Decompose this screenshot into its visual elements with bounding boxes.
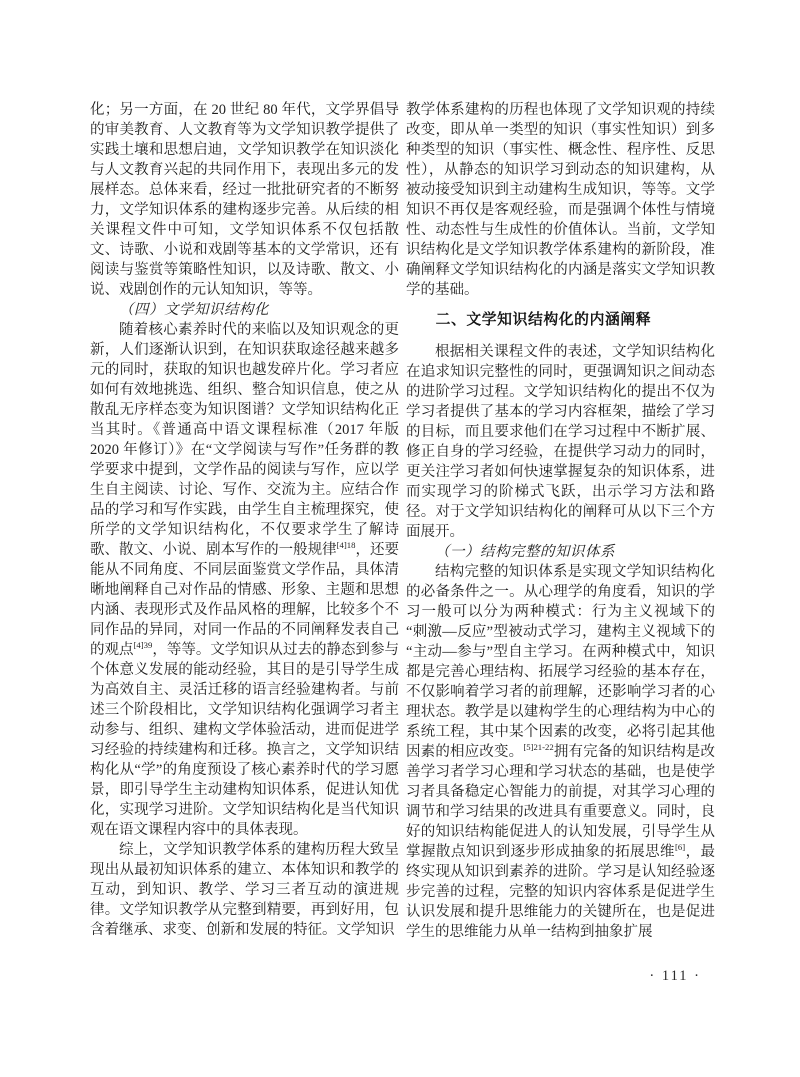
right-column: 教学体系建构的历程也体现了文学知识观的持续改变，即从单一类型的知识（事实性知识）… bbox=[406, 100, 715, 942]
section-heading: 二、文学知识结构化的内涵阐释 bbox=[406, 310, 715, 330]
left-column: 化；另一方面，在 20 世纪 80 年代，文学界倡导的审美教育、人文教育等为文学… bbox=[90, 100, 399, 940]
body-paragraph: 综上，文学知识教学体系的建构历程大致呈现出从最初知识体系的建立、本体知识和教学的… bbox=[90, 840, 399, 940]
subsection-heading-4: （四）文学知识结构化 bbox=[90, 300, 399, 320]
body-paragraph: 随着核心素养时代的来临以及知识观念的更新，人们逐渐认识到，在知识获取途径越来越多… bbox=[90, 320, 399, 840]
journal-page: 化；另一方面，在 20 世纪 80 年代，文学界倡导的审美教育、人文教育等为文学… bbox=[0, 0, 800, 1077]
body-paragraph-continuation: 教学体系建构的历程也体现了文学知识观的持续改变，即从单一类型的知识（事实性知识）… bbox=[406, 100, 715, 300]
page-number: · 111 · bbox=[406, 968, 701, 985]
subsection-heading-1: （一）结构完整的知识体系 bbox=[406, 542, 715, 562]
body-paragraph: 结构完整的知识体系是实现文学知识结构化的必备条件之一。从心理学的角度看，知识的学… bbox=[406, 562, 715, 942]
body-paragraph: 根据相关课程文件的表述，文学知识结构化在追求知识完整性的同时，更强调知识之间动态… bbox=[406, 342, 715, 542]
body-paragraph-continuation: 化；另一方面，在 20 世纪 80 年代，文学界倡导的审美教育、人文教育等为文学… bbox=[90, 100, 399, 300]
